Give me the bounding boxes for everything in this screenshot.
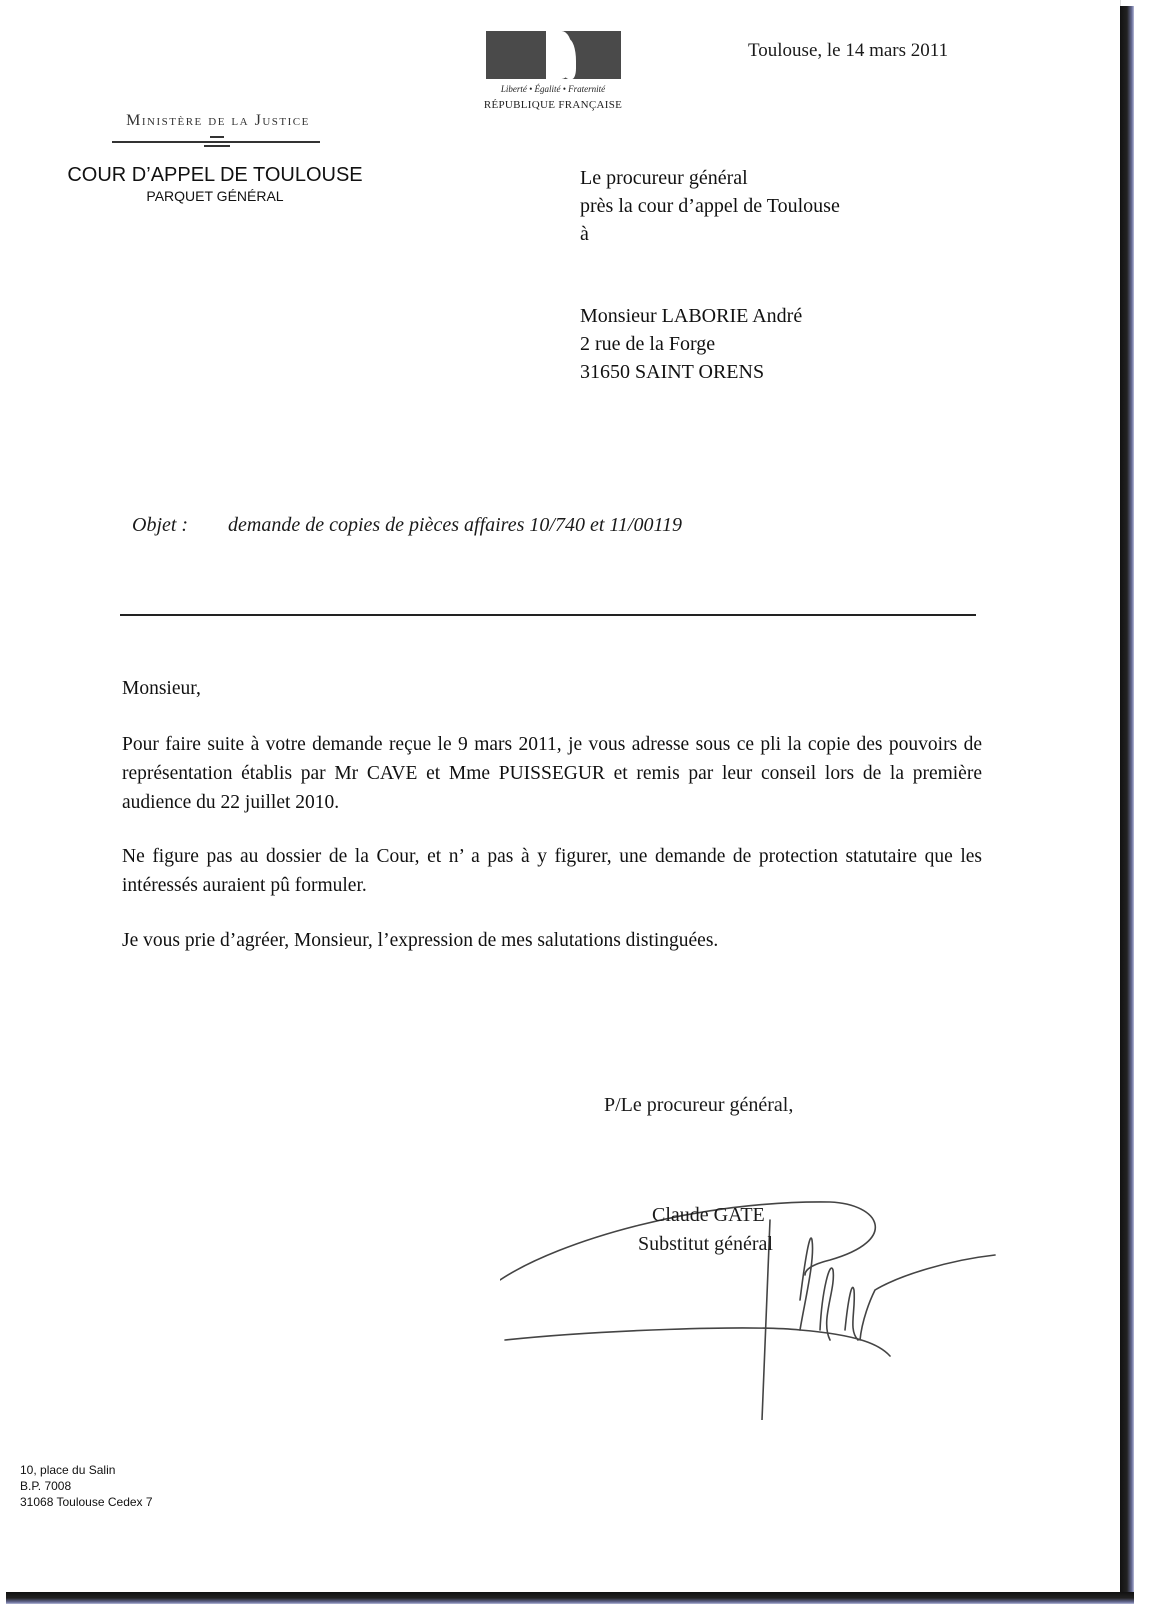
closing-paragraph: Je vous prie d’agréer, Monsieur, l’expre… (122, 926, 982, 955)
recipient-street: 2 rue de la Forge (580, 330, 802, 358)
signatory-name: Claude GATE (652, 1204, 765, 1227)
republic-motto: Liberté • Égalité • Fraternité (470, 84, 636, 94)
letter-date: Toulouse, le 14 mars 2011 (748, 40, 948, 62)
signature-title: P/Le procureur général, (604, 1094, 793, 1117)
department-name: PARQUET GÉNÉRAL (40, 188, 390, 204)
republic-name: RÉPUBLIQUE FRANÇAISE (470, 99, 636, 111)
body-paragraph: Ne figure pas au dossier de la Cour, et … (122, 842, 982, 900)
footer-line: 10, place du Salin (20, 1462, 153, 1478)
divider (210, 136, 224, 138)
ministry-name: Ministère de la Justice (100, 112, 336, 130)
page-shadow (6, 1592, 1134, 1604)
footer-address: 10, place du Salin B.P. 7008 31068 Toulo… (20, 1462, 153, 1510)
marianne-logo-icon (486, 31, 621, 79)
subject-text: demande de copies de pièces affaires 10/… (228, 514, 682, 537)
sender-block: Le procureur général près la cour d’appe… (580, 164, 840, 248)
subject-label: Objet : (132, 514, 188, 537)
salutation: Monsieur, (122, 674, 982, 703)
recipient-city: 31650 SAINT ORENS (580, 358, 802, 386)
footer-line: B.P. 7008 (20, 1478, 153, 1494)
recipient-name: Monsieur LABORIE André (580, 302, 802, 330)
divider (204, 145, 230, 147)
sender-line: près la cour d’appel de Toulouse (580, 192, 840, 220)
page-shadow (1120, 6, 1134, 1604)
court-name: COUR D’APPEL DE TOULOUSE (40, 164, 390, 187)
separator-line (120, 614, 976, 616)
sender-line: à (580, 220, 840, 248)
body-paragraph: Pour faire suite à votre demande reçue l… (122, 730, 982, 817)
sender-line: Le procureur général (580, 164, 840, 192)
divider (112, 141, 320, 143)
signatory-role: Substitut général (638, 1233, 773, 1256)
recipient-block: Monsieur LABORIE André 2 rue de la Forge… (580, 302, 802, 386)
letter-page: Liberté • Égalité • Fraternité RÉPUBLIQU… (0, 0, 1121, 1592)
footer-line: 31068 Toulouse Cedex 7 (20, 1494, 153, 1510)
